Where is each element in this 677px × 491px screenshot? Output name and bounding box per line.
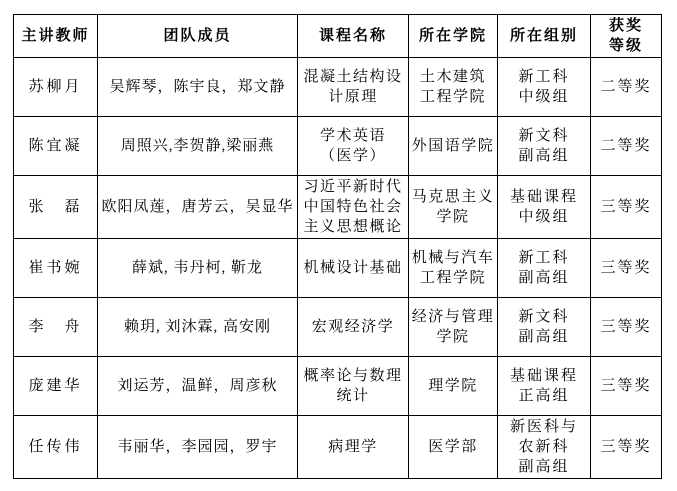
cell-members: 刘运芳，温鲜，周彦秋 [98, 357, 298, 416]
cell-group: 新文科 副高组 [498, 298, 591, 357]
cell-college: 外国语学院 [409, 117, 498, 176]
cell-group: 基础课程 中级组 [498, 176, 591, 239]
cell-award: 三等奖 [591, 416, 662, 479]
cell-members: 吴辉琴，陈宇良，郑文静 [98, 58, 298, 117]
table-header-row: 主讲教师 团队成员 课程名称 所在学院 所在组别 获奖 等级 [14, 15, 662, 58]
cell-group: 新医科与 农新科 副高组 [498, 416, 591, 479]
awards-table-container: 主讲教师 团队成员 课程名称 所在学院 所在组别 获奖 等级 苏柳月 吴辉琴，陈… [0, 0, 677, 479]
cell-course: 混凝土结构设 计原理 [298, 58, 409, 117]
cell-award: 三等奖 [591, 357, 662, 416]
cell-members: 韦丽华，李园园，罗宇 [98, 416, 298, 479]
awards-table: 主讲教师 团队成员 课程名称 所在学院 所在组别 获奖 等级 苏柳月 吴辉琴，陈… [13, 14, 662, 479]
table-row: 崔书婉 薛斌, 韦丹柯, 靳龙 机械设计基础 机械与汽车 工程学院 新工科 副高… [14, 239, 662, 298]
cell-group: 新工科 中级组 [498, 58, 591, 117]
cell-members: 赖玥, 刘沐霖, 高安刚 [98, 298, 298, 357]
cell-members: 薛斌, 韦丹柯, 靳龙 [98, 239, 298, 298]
cell-group: 基础课程 正高组 [498, 357, 591, 416]
cell-college: 土木建筑 工程学院 [409, 58, 498, 117]
cell-college: 马克思主义 学院 [409, 176, 498, 239]
header-members: 团队成员 [98, 15, 298, 58]
cell-award: 三等奖 [591, 298, 662, 357]
cell-award: 二等奖 [591, 117, 662, 176]
cell-course: 学术英语 （医学） [298, 117, 409, 176]
cell-teacher: 张 磊 [14, 176, 98, 239]
cell-teacher: 任传伟 [14, 416, 98, 479]
cell-college: 医学部 [409, 416, 498, 479]
header-award: 获奖 等级 [591, 15, 662, 58]
cell-award: 三等奖 [591, 176, 662, 239]
table-row: 任传伟 韦丽华，李园园，罗宇 病理学 医学部 新医科与 农新科 副高组 三等奖 [14, 416, 662, 479]
header-course: 课程名称 [298, 15, 409, 58]
cell-group: 新文科 副高组 [498, 117, 591, 176]
table-row: 庞建华 刘运芳，温鲜，周彦秋 概率论与数理 统计 理学院 基础课程 正高组 三等… [14, 357, 662, 416]
cell-course: 宏观经济学 [298, 298, 409, 357]
header-college: 所在学院 [409, 15, 498, 58]
cell-teacher: 李 舟 [14, 298, 98, 357]
cell-college: 经济与管理 学院 [409, 298, 498, 357]
cell-group: 新工科 副高组 [498, 239, 591, 298]
header-group: 所在组别 [498, 15, 591, 58]
cell-course: 习近平新时代 中国特色社会 主义思想概论 [298, 176, 409, 239]
table-row: 李 舟 赖玥, 刘沐霖, 高安刚 宏观经济学 经济与管理 学院 新文科 副高组 … [14, 298, 662, 357]
table-row: 陈宜凝 周照兴,李贺静,梁丽燕 学术英语 （医学） 外国语学院 新文科 副高组 … [14, 117, 662, 176]
cell-teacher: 陈宜凝 [14, 117, 98, 176]
cell-members: 周照兴,李贺静,梁丽燕 [98, 117, 298, 176]
table-row: 苏柳月 吴辉琴，陈宇良，郑文静 混凝土结构设 计原理 土木建筑 工程学院 新工科… [14, 58, 662, 117]
cell-college: 理学院 [409, 357, 498, 416]
cell-award: 二等奖 [591, 58, 662, 117]
header-teacher: 主讲教师 [14, 15, 98, 58]
table-row: 张 磊 欧阳凤莲，唐芳云，吴显华 习近平新时代 中国特色社会 主义思想概论 马克… [14, 176, 662, 239]
cell-course: 概率论与数理 统计 [298, 357, 409, 416]
cell-award: 三等奖 [591, 239, 662, 298]
cell-college: 机械与汽车 工程学院 [409, 239, 498, 298]
cell-course: 机械设计基础 [298, 239, 409, 298]
cell-members: 欧阳凤莲，唐芳云，吴显华 [98, 176, 298, 239]
cell-teacher: 崔书婉 [14, 239, 98, 298]
cell-teacher: 苏柳月 [14, 58, 98, 117]
cell-teacher: 庞建华 [14, 357, 98, 416]
cell-course: 病理学 [298, 416, 409, 479]
